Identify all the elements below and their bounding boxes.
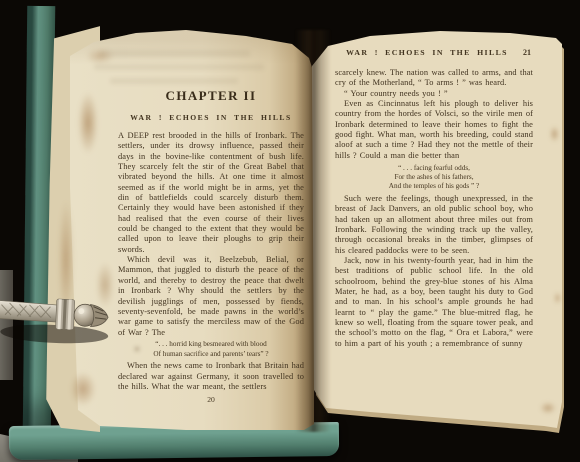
verse-line: “. . . horrid king besmeared with blood: [118, 340, 304, 349]
paragraph: Even as Cincinnatus left his plough to d…: [335, 99, 533, 161]
chapter-subheading: WAR ! ECHOES IN THE HILLS: [118, 113, 304, 122]
running-header-title: WAR ! ECHOES IN THE HILLS: [335, 48, 519, 57]
left-page-text-block: CHAPTER II WAR ! ECHOES IN THE HILLS A D…: [118, 88, 304, 404]
show-through-text: [110, 78, 238, 84]
verse-line: And the temples of his gods ” ?: [335, 182, 533, 191]
show-through-text: [94, 64, 264, 70]
paragraph: When the news came to Ironbark that Brit…: [118, 361, 304, 392]
verse-line: Of human sacrifice and parents’ tears” ?: [118, 350, 304, 359]
paragraph: Which devil was it, Beelzebub, Belial, o…: [118, 255, 304, 338]
right-page-number: 21: [523, 48, 531, 57]
left-page-number: 20: [118, 395, 304, 404]
verse-line: “ . . . facing fearful odds,: [335, 164, 533, 173]
paragraph: A DEEP rest brooded in the hills of Iron…: [118, 131, 304, 255]
right-page: WAR ! ECHOES IN THE HILLS 21 scarcely kn…: [310, 30, 562, 432]
show-through-text: [100, 50, 250, 57]
paragraph: Such were the feelings, though unexpress…: [335, 194, 533, 256]
left-page: CHAPTER II WAR ! ECHOES IN THE HILLS A D…: [66, 28, 314, 432]
book-photo: CHAPTER II WAR ! ECHOES IN THE HILLS A D…: [0, 0, 580, 462]
verse-quote: “ . . . facing fearful odds, For the ash…: [335, 164, 533, 192]
silver-bookmark: [0, 283, 116, 350]
verse-line: For the ashes of his fathers,: [335, 173, 533, 182]
paragraph: “ Your country needs you ! ”: [335, 89, 533, 99]
running-header: WAR ! ECHOES IN THE HILLS 21: [335, 48, 533, 59]
right-page-text-block: WAR ! ECHOES IN THE HILLS 21 scarcely kn…: [335, 48, 533, 349]
verse-quote: “. . . horrid king besmeared with blood …: [118, 340, 304, 359]
paragraph: Jack, now in his twenty-fourth year, had…: [335, 256, 533, 349]
paragraph: scarcely knew. The nation was called to …: [335, 68, 533, 89]
chapter-heading: CHAPTER II: [118, 88, 304, 104]
